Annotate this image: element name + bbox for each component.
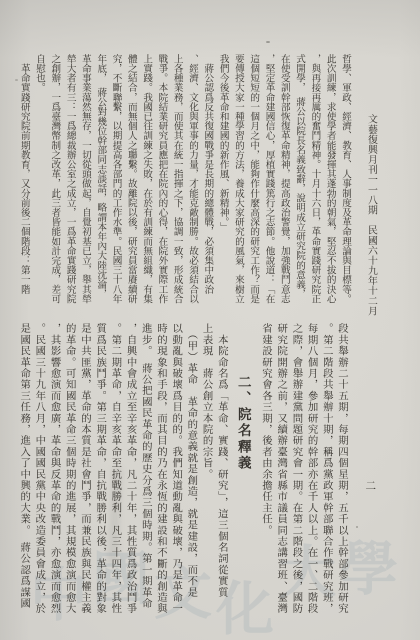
text-column: 式開學， 蔣公以院長名義致辭，說明成立研究院的意義，	[292, 54, 307, 305]
journal-issue-label: 文藝復興月刊一一八期	[366, 114, 377, 215]
text-column: 。第二階段共舉辦十期，稱爲黨政軍幹部聯合作戰研究班，	[319, 323, 334, 615]
text-column: 質爲民族鬥爭。第三期革命，自抗戰勝利以後，革命的對象	[92, 323, 107, 615]
text-column: 本院命名爲「革命、實踐、研究」，這三個名詞從實質	[214, 323, 229, 615]
text-column: 每期八個月，參加研究的幹部亦在千人以上。在一、二階段	[303, 323, 318, 615]
paper-speck	[356, 526, 358, 528]
text-column: 究，不斷聯繫，以期提高各部門的工作水準。民國三十八年	[108, 54, 123, 305]
text-column: 哲學、軍政、經濟、教育、人事制度及革命理論與目標等。	[338, 54, 353, 305]
text-column: 要傳授大家一種學習的方法，養成大家研究的風氣，來樹立	[231, 54, 246, 305]
text-column: 上實踐。我國已往訓練之失敗，在於有訓練而無組織，有集	[139, 54, 154, 305]
text-column: 時的現象和手段，而其目的乃在永恆的建設和不斷的創造與	[153, 323, 168, 615]
text-column: 研究院開辦之前，又續辦臺灣省縣市議員同志講習班、臺灣	[273, 323, 288, 615]
article-text-bottom-register: 段共舉辦二十五期，每期四個星期，五千以上幹部參加研究。第二階段共舉辦十期，稱爲黨…	[16, 323, 349, 615]
text-column: 戰爭。本院結業研究員應把在院內的心得，在院外實際工作	[154, 54, 169, 305]
text-column: 。民國三十九年八月，中國國民黨中央改造委員會成立，於	[31, 323, 46, 615]
text-column: 以動亂與破壞爲目的的。我們知道動亂與破壞，乃是革命一	[168, 323, 183, 615]
text-column: 犖大者有三：一爲總裁辦公室之成立，一爲革命實踐研究院	[62, 54, 77, 305]
text-column: 是國民革命第三任務，進入了中興的大業。 蔣公認爲謀國	[16, 323, 31, 615]
text-column: 自慰也。	[32, 54, 47, 305]
text-column: 的革命。可知國民革命三個時期的進展，其規模愈演而愈大	[62, 323, 77, 615]
article-text-top-register: 哲學、軍政、經濟、教育、人事制度及革命理論與目標等。此次訓練，求使學者能發揮其蓬…	[16, 54, 353, 305]
scanned-journal-page: 中國文化大學 文藝復興月刊一一八期 民國六十九年十二月 二 哲學、軍政、經濟、教…	[0, 0, 420, 640]
text-column: 上各種業務，而使其在統一指揮之下，協調一致，形成統合	[169, 54, 184, 305]
text-column: 之際，會舉辦建黨問題研究會一期。在第二階段之後，國防	[288, 323, 303, 615]
text-column: ，與再接再厲的奮鬥精神。十月十六日，革命實踐研究院正	[307, 54, 322, 305]
text-column: 體之結合，而無個人之聯繫。故離院以後，研究員當賡續研	[124, 54, 139, 305]
text-column: 蔣公認爲反共復國戰爭是長期的總體戰，必須集中政治	[200, 54, 215, 305]
text-column: 革命實踐研究院前期教育，又分前後二個階段：第一階	[16, 54, 31, 305]
text-column: 省建設研究會各三期，後者由余擔任主任。	[258, 323, 273, 615]
text-column: 這個短短的一個月之中，能夠作什麼高深的研究工作？而是	[246, 54, 261, 305]
page-number: 二	[366, 478, 377, 493]
text-column: ，堅定革命建國信心，厚植實踐篤行之志節。他說道：「在	[261, 54, 276, 305]
text-column: 、經濟、文化與軍事的力量，才能克敵制勝。故必須結合以	[185, 54, 200, 305]
text-column: 上表現 蔣公創立本院的宗旨。	[198, 323, 213, 615]
paper-speck	[266, 41, 270, 43]
text-column: 我們今後革命和建國的新作風、新精神。」	[215, 54, 230, 305]
text-column: 進步。 蔣公把國民革命的歷史分爲三個時期。第一期革命	[138, 323, 153, 615]
journal-date-label: 民國六十九年十二月	[366, 225, 377, 316]
text-column: 此次訓練，求使學者能發揮其蓬勃的朝氣，堅忍不拔的決心	[322, 54, 337, 305]
section-heading: 二、院名釋義	[232, 323, 255, 615]
journal-running-header: 文藝復興月刊一一八期 民國六十九年十二月	[364, 114, 378, 316]
text-column: 在使受訓幹部恢復革命精神，提高政治警覺，加強戰鬥意志	[277, 54, 292, 305]
text-column: 革命事業蕩然無存，一切從頭做起，自覺初基已立，舉其犖	[78, 54, 93, 305]
text-column: 之創辦，一爲臺灣幣制之改革，此三者皆能如計完成，差可	[47, 54, 62, 305]
text-column: ，其影響愈演而愈廣，革命與反革命的戰鬥，亦愈演而愈烈	[46, 323, 61, 615]
text-column: （甲）革命 革命的意義就是創造，就是建設，而不是	[183, 323, 198, 615]
text-column: 段共舉辦二十五期，每期四個星期，五千以上幹部參加研究	[334, 323, 349, 615]
text-column: ，自興中會成立至辛亥革命，凡二十年，其性質爲政治鬥爭	[122, 323, 137, 615]
text-column: 。第二期革命，自辛亥革命至抗戰勝利，凡三十四年，其性	[107, 323, 122, 615]
text-column: 年底， 蔣公對幾位幹部同志談話，略謂本年內大陸沈淪，	[93, 54, 108, 305]
text-column: 是中共匪黨，革命的本質是社會鬥爭，而兼民族與民權主義	[77, 323, 92, 615]
